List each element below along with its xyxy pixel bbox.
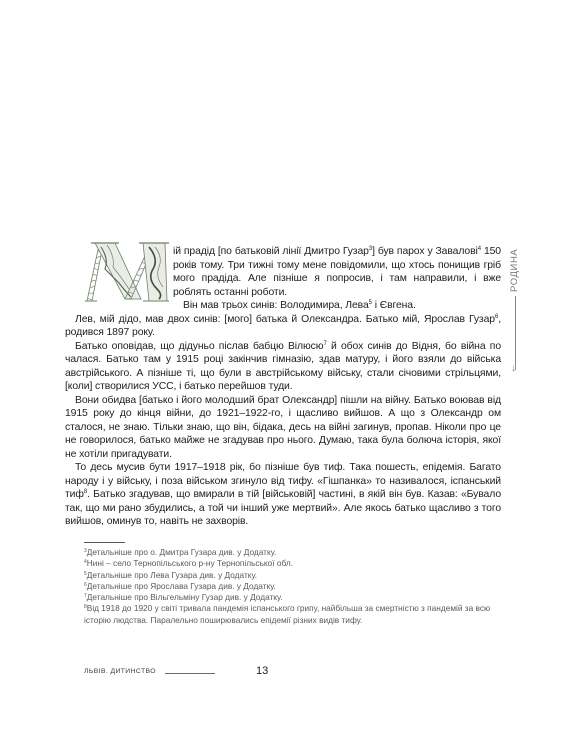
footnote-text: Від 1918 до 1920 у світі тривала пандемі…	[84, 603, 490, 624]
text-run: Вони обидва [батько і його молодший брат…	[65, 395, 501, 460]
body-text: ій прадід [по батьковій лінії Дмитро Гуз…	[65, 245, 501, 529]
footnote-separator	[84, 542, 125, 543]
decorative-initial-m-icon	[85, 237, 169, 303]
footnote-text: Детальніше про Лева Гузара див. у Додатк…	[87, 570, 257, 580]
paragraph-5: Вони обидва [батько і його молодший брат…	[65, 394, 501, 462]
book-page: РОДИНА ↓	[0, 0, 579, 736]
footnote-text: Нині – село Тернопільського р-ну Тернопі…	[87, 558, 293, 568]
footnotes: 3Детальніше про о. Дмитра Гузара див. у …	[84, 547, 504, 626]
page-footer: львів. дитинство 13	[84, 666, 384, 680]
footnote-8: 8Від 1918 до 1920 у світі тривала пандем…	[84, 603, 504, 626]
footnote-6: 6Детальніше про Ярослава Гузара див. у Д…	[84, 581, 504, 592]
footnote-7: 7Детальніше про Вільгельміну Гузар див. …	[84, 592, 504, 603]
section-label-text: РОДИНА	[509, 246, 520, 292]
section-side-label: РОДИНА ↓	[506, 246, 526, 376]
text-run: Батько оповідав, що дідуньо післав бабцю…	[75, 341, 323, 352]
paragraph-6: То десь мусив бути 1917–1918 рік, бо піз…	[65, 461, 501, 529]
dropcap-letter-icon	[85, 237, 169, 303]
footnote-text: Детальніше про Вільгельміну Гузар див. у…	[87, 592, 283, 602]
footnote-text: Детальніше про о. Дмитра Гузара див. у Д…	[87, 547, 277, 557]
text-run: Він мав трьох синів: Володимира, Лева	[183, 300, 369, 311]
paragraph-4: Батько оповідав, що дідуньо післав бабцю…	[65, 340, 501, 394]
footnote-3: 3Детальніше про о. Дмитра Гузара див. у …	[84, 547, 504, 558]
paragraph-3: Лев, мій дідо, мав двох синів: [мого] ба…	[65, 313, 501, 340]
page-number: 13	[256, 665, 268, 677]
text-run: і Євгена.	[372, 300, 416, 311]
text-run: Лев, мій дідо, мав двох синів: [мого] ба…	[75, 314, 495, 325]
footnote-5: 5Детальніше про Лева Гузара див. у Додат…	[84, 570, 504, 581]
text-run: ] був парох у Заваловi	[372, 246, 478, 257]
section-label-rule	[515, 296, 516, 370]
footnote-4: 4Нині – село Тернопільського р-ну Терноп…	[84, 558, 504, 569]
footnote-text: Детальніше про Ярослава Гузара див. у До…	[87, 581, 276, 591]
text-run: ій прадід [по батьковій лінії Дмитро Гуз…	[173, 246, 369, 257]
running-head-rule	[165, 673, 215, 674]
text-run: . Батько згадував, що вмирали в тій [вій…	[65, 489, 501, 527]
running-head: львів. дитинство	[84, 668, 156, 675]
arrow-down-icon: ↓	[511, 364, 516, 374]
